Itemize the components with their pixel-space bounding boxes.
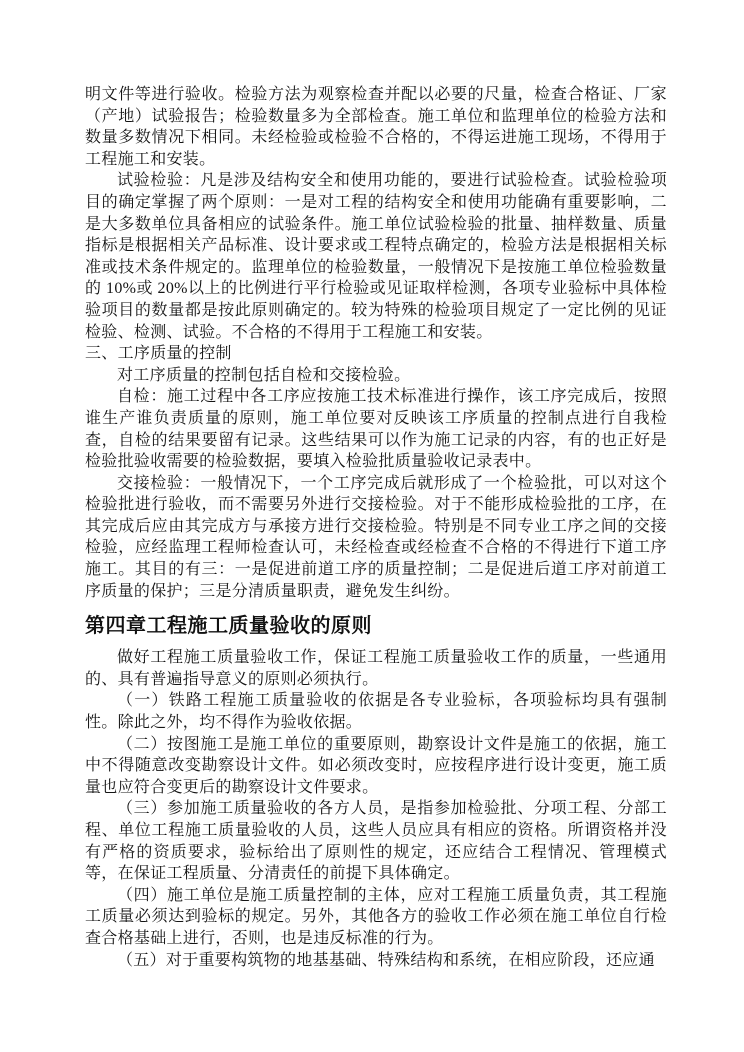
paragraph-chapter-intro: 做好工程施工质量验收工作，保证工程施工质量验收工作的质量，一些通用的、具有普遍指…: [85, 647, 667, 690]
paragraph-principle-three: （三）参加施工质量验收的各方人员，是指参加检验批、分项工程、分部工程、单位工程施…: [85, 798, 667, 884]
paragraph-principle-two: （二）按图施工是施工单位的重要原则，勘察设计文件是施工的依据，施工中不得随意改变…: [85, 734, 667, 799]
paragraph-principle-four: （四）施工单位是施工质量控制的主体，应对工程施工质量负责，其工程施工质量必须达到…: [85, 885, 667, 950]
page-content: 明文件等进行验收。检验方法为观察检查并配以必要的尺量，检查合格证、厂家（产地）试…: [85, 84, 667, 971]
section-title-process-quality-control: 三、工序质量的控制: [85, 343, 667, 365]
paragraph-handover-inspection: 交接检验：一般情况下，一个工序完成后就形成了一个检验批，可以对这个检验批进行验收…: [85, 473, 667, 603]
paragraph-principle-one: （一）铁路工程施工质量验收的依据是各专业验标，各项验标均具有强制性。除此之外，均…: [85, 690, 667, 733]
chapter-heading-four: 第四章工程施工质量验收的原则: [85, 613, 667, 640]
paragraph-test-inspection: 试验检验：凡是涉及结构安全和使用功能的，要进行试验检查。试验检验项目的确定掌握了…: [85, 170, 667, 343]
document-page: 明文件等进行验收。检验方法为观察检查并配以必要的尺量，检查合格证、厂家（产地）试…: [0, 0, 744, 1052]
paragraph-principle-five-incomplete: （五）对于重要构筑物的地基基础、特殊结构和系统，在相应阶段，还应通: [85, 950, 667, 972]
paragraph-control-includes: 对工序质量的控制包括自检和交接检验。: [85, 365, 667, 387]
paragraph-self-inspection: 自检：施工过程中各工序应按施工技术标准进行操作，该工序完成后，按照谁生产谁负责质…: [85, 386, 667, 472]
paragraph-continuation-material-inspection: 明文件等进行验收。检验方法为观察检查并配以必要的尺量，检查合格证、厂家（产地）试…: [85, 84, 667, 170]
